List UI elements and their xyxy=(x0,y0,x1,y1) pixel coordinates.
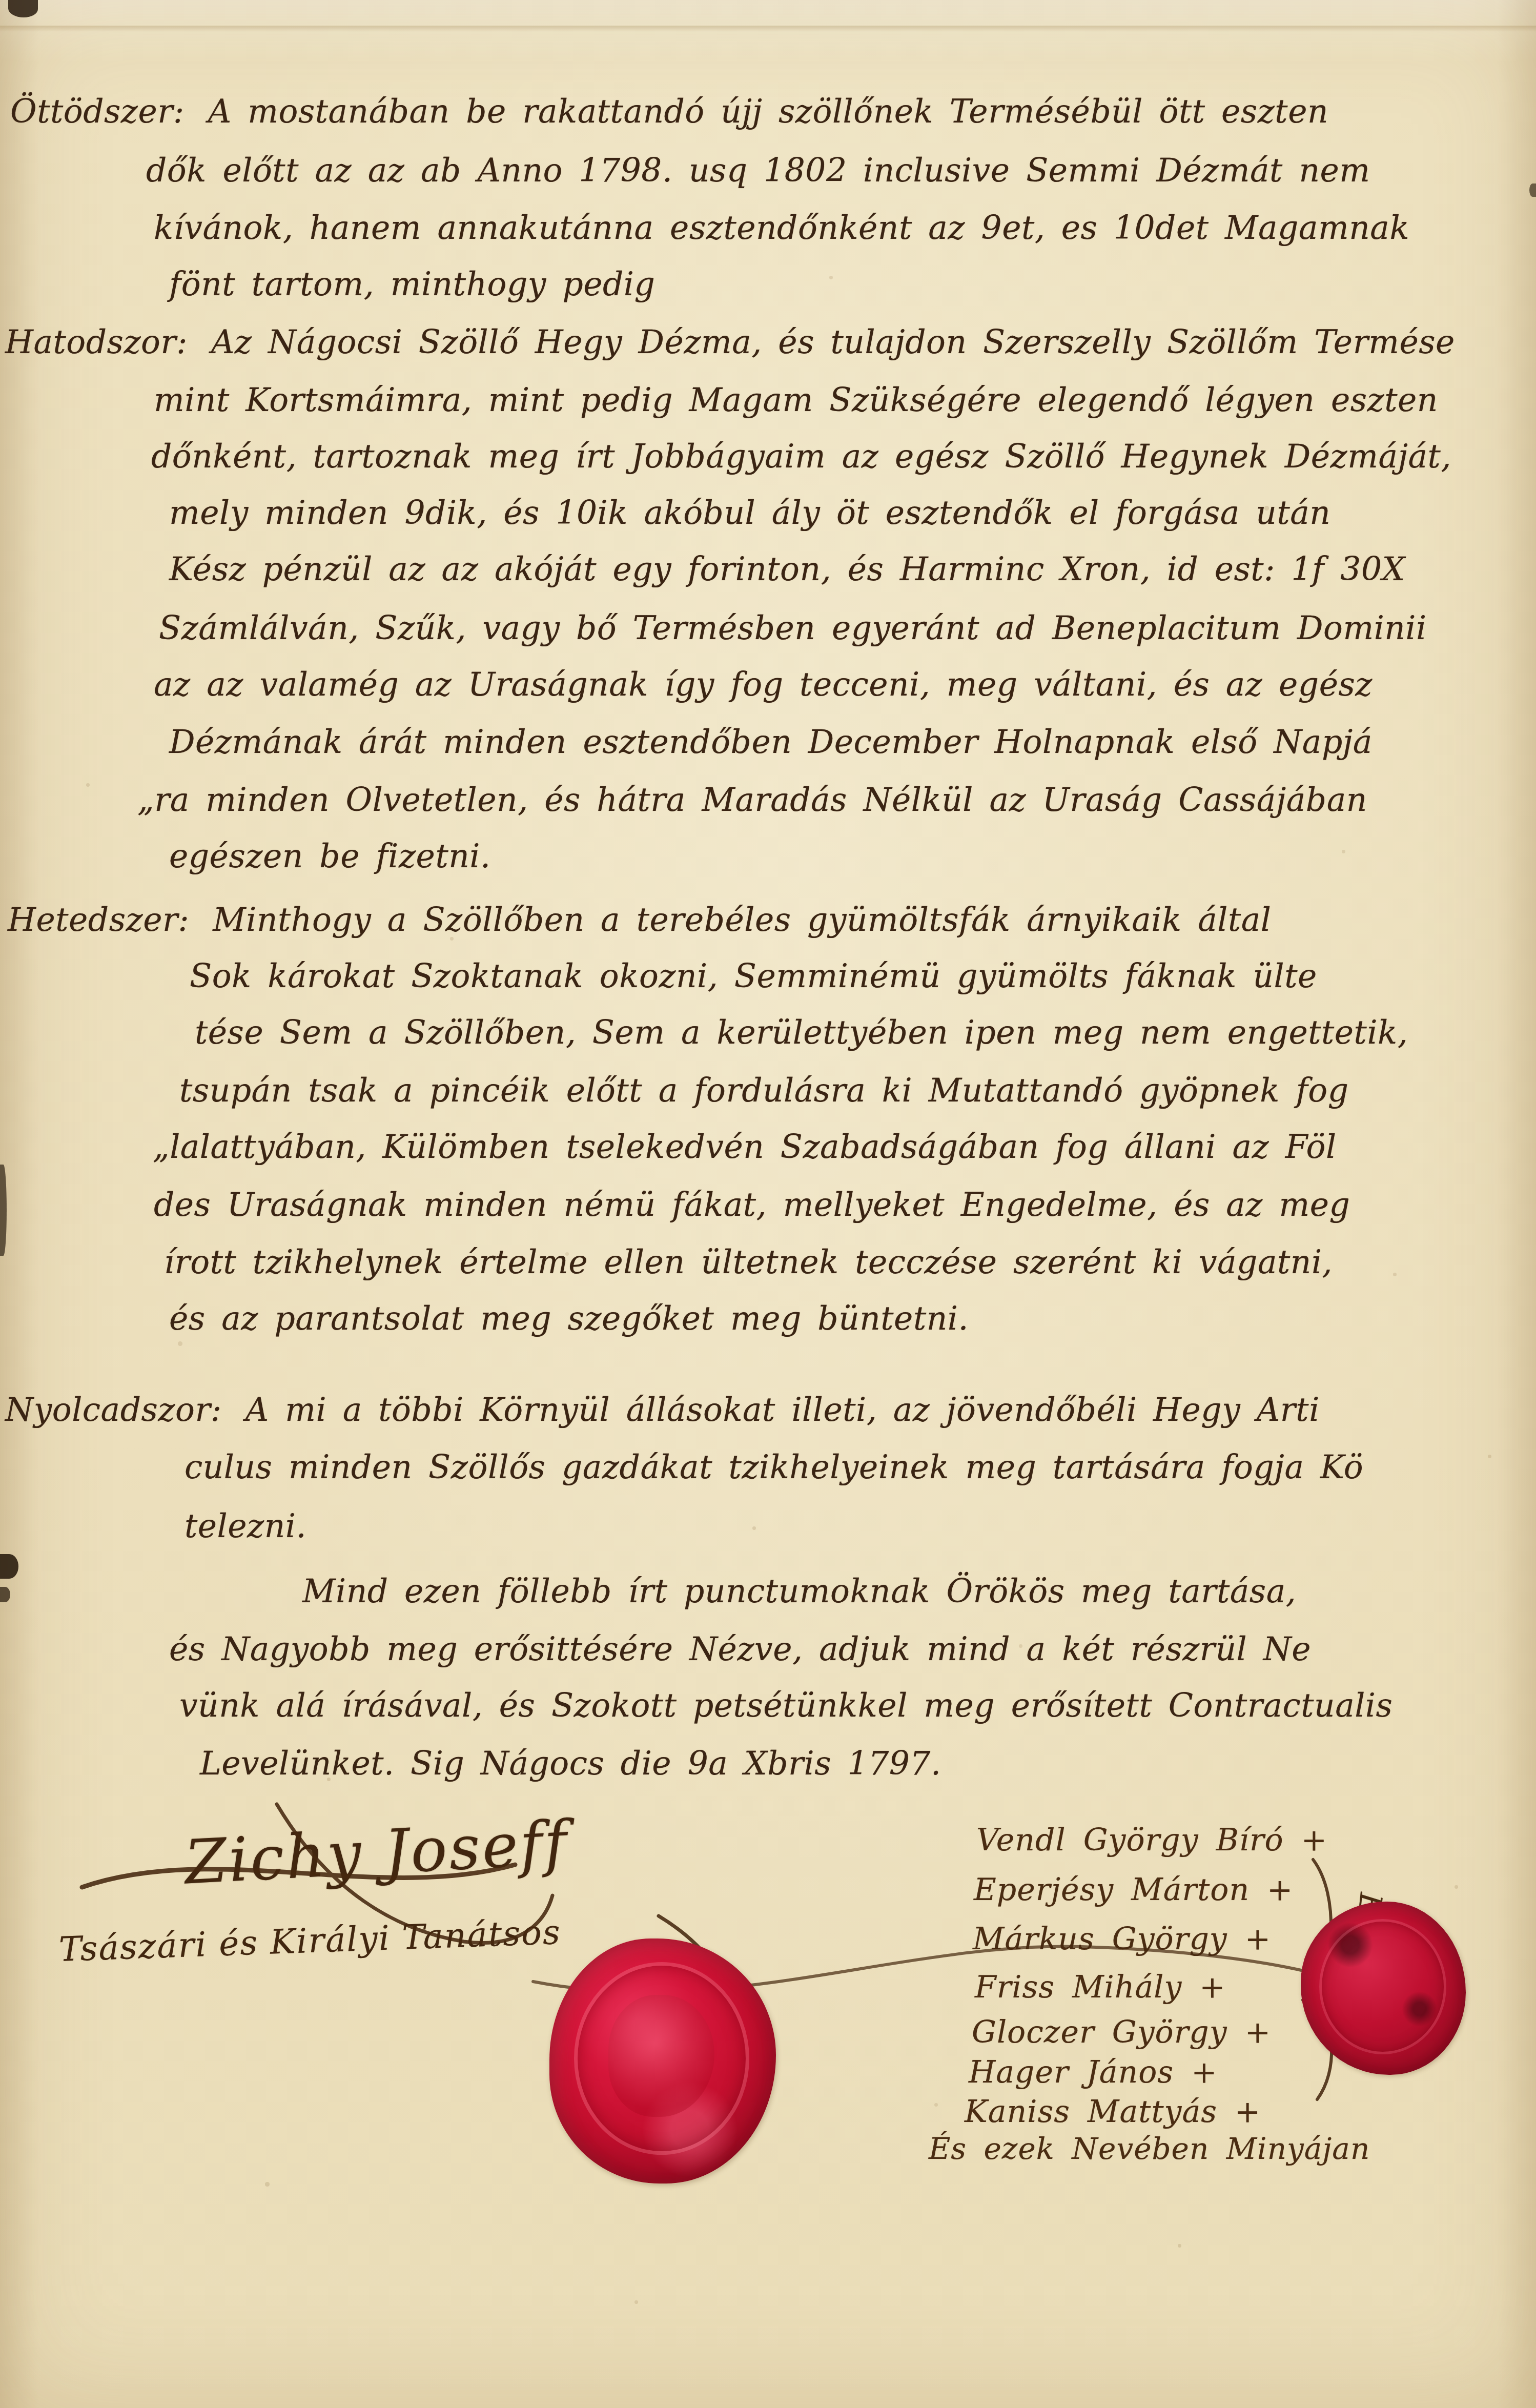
paragraph-5-label: Öttödszer: xyxy=(10,93,185,130)
paragraph-7-line-4: tsupán tsak a pincéik előtt a fordulásra… xyxy=(179,1074,1348,1108)
paragraph-7-line-8: és az parantsolat meg szegőket meg bünte… xyxy=(169,1302,969,1336)
closing-line-4: Levelünket. Sig Nágocs die 9a Xbris 1797… xyxy=(200,1747,941,1781)
principal-signature: Zichy Joseff xyxy=(183,1807,570,1897)
paragraph-6-line-4: mely minden 9dik, és 10ik akóbul ály öt … xyxy=(169,496,1330,530)
witness-signature: Hager János + xyxy=(969,2054,1218,2090)
paragraph-7-label: Hetedszer: xyxy=(8,901,189,938)
paragraph-8-label: Nyolcadszor: xyxy=(5,1391,222,1429)
paragraph-6-line-2: mint Kortsmáimra, mint pedig Magam Szüks… xyxy=(154,383,1438,417)
paragraph-5-line-1: Öttödszer:A mostanában be rakattandó újj… xyxy=(10,95,1328,129)
paragraph-6-line-10: egészen be fizetni. xyxy=(169,840,490,873)
paragraph-7-line-2: Sok károkat Szoktanak okozni, Semminémü … xyxy=(190,960,1317,993)
paragraph-6-label: Hatodszor: xyxy=(5,323,188,361)
witness-signature: Márkus György + xyxy=(973,1921,1271,1957)
closing-line-2: és Nagyobb meg erősittésére Nézve, adjuk… xyxy=(169,1632,1311,1666)
scan-top-shadow xyxy=(0,26,1536,32)
scan-artifact-left-blob xyxy=(0,1554,18,1579)
paragraph-6-line-3: dőnként, tartoznak meg írt Jobbágyaim az… xyxy=(151,440,1451,474)
paragraph-7-line-6: des Uraságnak minden némü fákat, mellyek… xyxy=(154,1188,1350,1222)
paragraph-7-line-7: írott tzikhelynek értelme ellen ültetnek… xyxy=(164,1246,1333,1279)
paragraph-5-line-2: dők előtt az az ab Anno 1798. usq 1802 i… xyxy=(146,154,1370,188)
witness-signature: Kaniss Mattyás + xyxy=(965,2094,1261,2130)
witness-signature: Eperjésy Márton + xyxy=(974,1872,1293,1908)
witnesses-note: És ezek Nevében Minyájan xyxy=(929,2131,1370,2166)
paragraph-6-line-1: Hatodszor:Az Nágocsi Szöllő Hegy Dézma, … xyxy=(5,325,1455,359)
paragraph-6-line-8: Dézmának árát minden esztendőben Decembe… xyxy=(169,725,1373,759)
scan-artifact-top-left xyxy=(8,0,38,17)
paragraph-5-line-4: fönt tartom, minthogy pedig xyxy=(169,268,655,301)
wax-seal-large xyxy=(549,1938,776,2183)
wax-seal-small xyxy=(1301,1902,1466,2075)
scan-artifact-right-edge xyxy=(1529,183,1536,197)
witness-signature: Friss Mihály + xyxy=(975,1969,1226,2005)
scan-artifact-left-blob xyxy=(0,1587,10,1602)
witness-signature: Gloczer György + xyxy=(972,2014,1271,2050)
scan-artifact-left-edge xyxy=(0,1165,7,1256)
paragraph-7-line-5: „lalattyában, Külömben tselekedvén Szaba… xyxy=(153,1130,1337,1164)
paragraph-6-line-9: „ra minden Olvetetlen, és hátra Maradás … xyxy=(137,783,1367,817)
paragraph-7-line-1: Hetedszer:Minthogy a Szöllőben a terebél… xyxy=(8,903,1271,937)
paper-speckles xyxy=(0,0,2,2)
closing-line-3: vünk alá írásával, és Szokott petsétünkk… xyxy=(179,1689,1392,1723)
witness-signature: Vendl György Bíró + xyxy=(976,1822,1327,1858)
paragraph-6-line-5: Kész pénzül az az akóját egy forinton, é… xyxy=(169,553,1405,586)
paragraph-8-line-1: Nyolcadszor:A mi a többi Környül állások… xyxy=(5,1393,1320,1427)
paragraph-5-line-3: kívánok, hanem annakutánna esztendőnként… xyxy=(154,211,1409,245)
closing-line-1: Mind ezen föllebb írt punctumoknak Örökö… xyxy=(302,1575,1296,1608)
paragraph-6-line-6: Számlálván, Szűk, vagy bő Termésben egye… xyxy=(159,611,1427,645)
principal-signature-title: Tsászári és Királyi Tanátsos xyxy=(58,1912,562,1969)
paragraph-8-line-2: culus minden Szöllős gazdákat tzikhelyei… xyxy=(185,1451,1363,1484)
paragraph-7-line-3: tése Sem a Szöllőben, Sem a kerülettyébe… xyxy=(195,1016,1408,1050)
manuscript-page: Öttödszer:A mostanában be rakattandó újj… xyxy=(0,0,1536,2408)
paragraph-6-line-7: az az valamég az Uraságnak így fog tecce… xyxy=(154,668,1373,702)
paragraph-8-line-3: telezni. xyxy=(185,1509,306,1543)
